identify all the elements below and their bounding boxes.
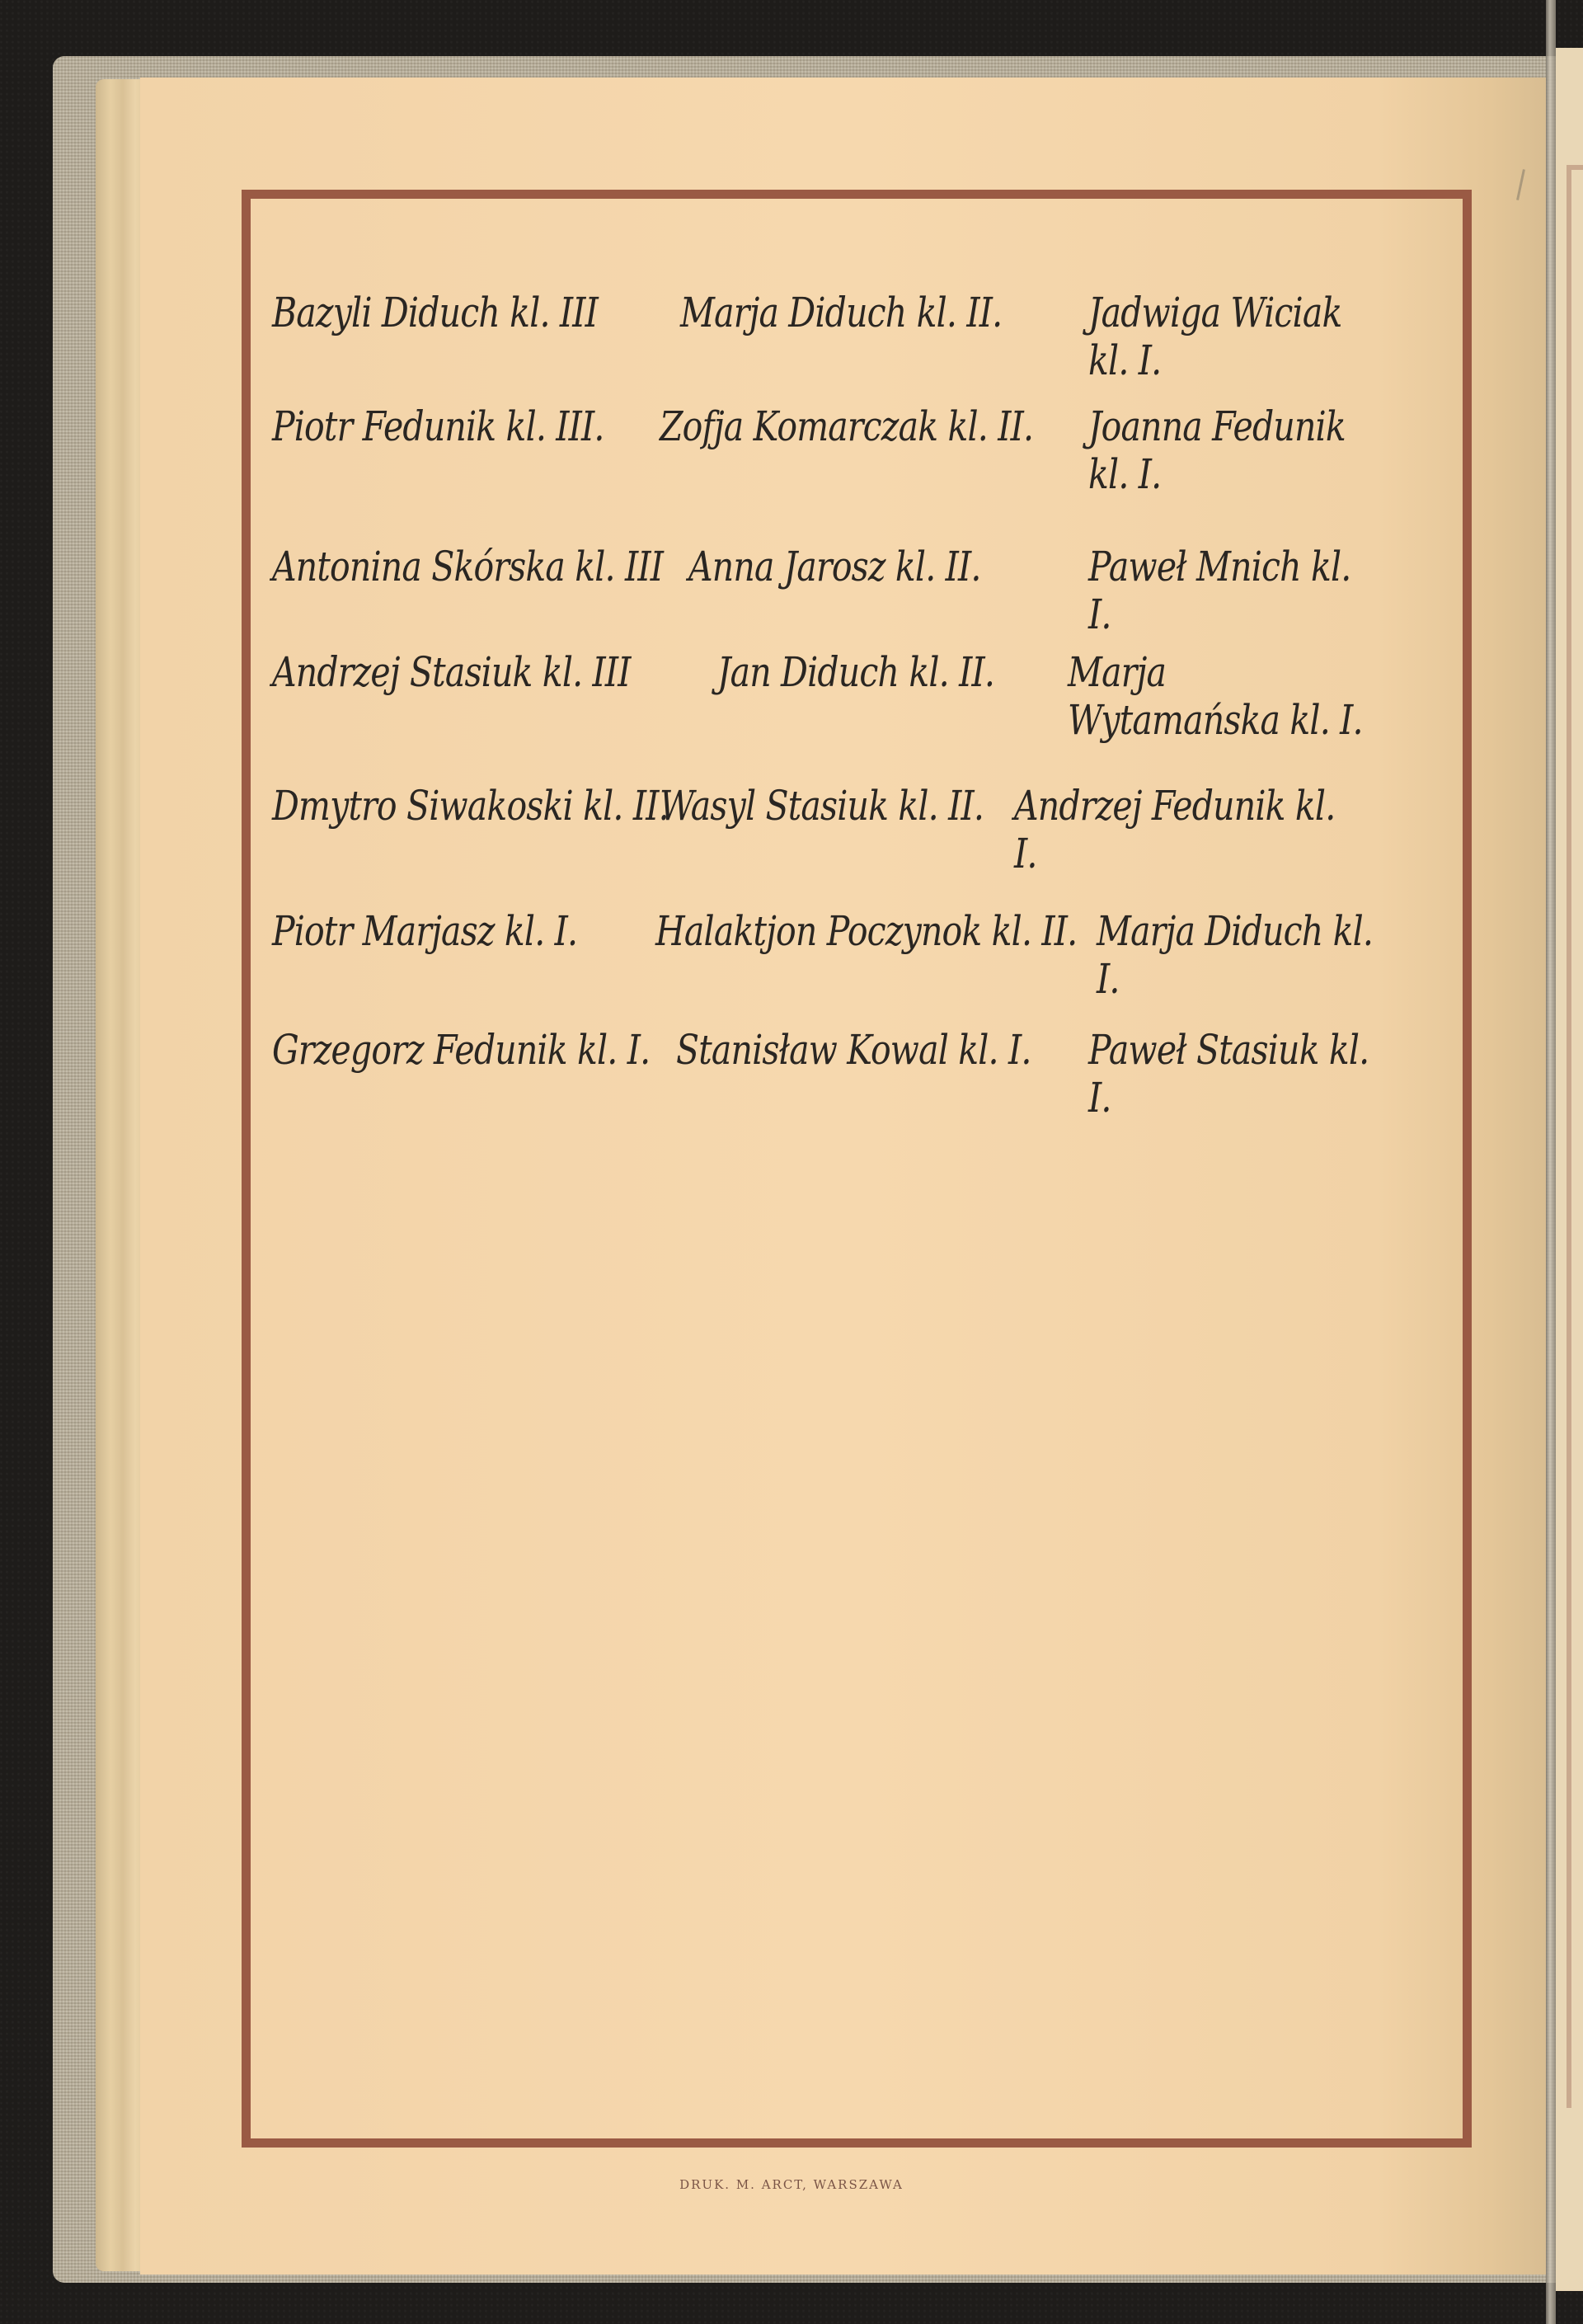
student-name: Andrzej Stasiuk xyxy=(272,648,533,696)
student-entry: Anna Jarosz kl. II. xyxy=(688,543,981,590)
student-entry: Marja Diduch kl. II. xyxy=(680,289,1002,336)
class-level: kl. II. xyxy=(947,402,1033,450)
student-entry: Marja Diduch kl. I. xyxy=(1097,907,1380,1003)
student-name: Paweł Stasiuk xyxy=(1088,1026,1319,1074)
adjacent-page-frame xyxy=(1567,165,1583,2108)
class-level: kl. I. xyxy=(1088,336,1161,384)
class-level: kl. III xyxy=(510,289,598,336)
student-name: Marja Diduch xyxy=(1097,907,1322,955)
student-name: Andrzej Fedunik xyxy=(1014,782,1285,830)
class-level: kl. II. xyxy=(909,648,994,696)
student-entry: Piotr Fedunik kl. III. xyxy=(272,402,604,450)
student-name: Anna Jarosz xyxy=(688,543,885,590)
class-level: kl. III xyxy=(543,648,631,696)
class-level: kl. II. xyxy=(898,782,984,830)
student-name: Jan Diduch xyxy=(717,648,899,696)
student-entry: Marja Wytamańska kl. I. xyxy=(1068,648,1375,744)
student-entry: Piotr Marjasz kl. I. xyxy=(272,907,577,955)
student-name: Piotr Marjasz xyxy=(272,907,495,955)
student-name: Jadwiga Wiciak xyxy=(1088,289,1341,336)
class-level: kl. II. xyxy=(895,543,981,590)
student-name: Zofja Komarczak xyxy=(660,402,937,450)
student-entry: Antonina Skórska kl. III xyxy=(272,543,663,590)
class-level: kl. I. xyxy=(958,1026,1031,1074)
student-entry: Paweł Mnich kl. I. xyxy=(1088,543,1379,638)
student-entry: Paweł Stasiuk kl. I. xyxy=(1088,1026,1379,1122)
class-level: kl. I. xyxy=(577,1026,650,1074)
student-entry: Bazyli Diduch kl. III xyxy=(272,289,598,336)
student-entry: Jadwiga Wiciak kl. I. xyxy=(1088,289,1379,384)
student-name: Dmytro Siwakoski xyxy=(272,782,573,830)
class-level: kl. II. xyxy=(583,782,669,830)
class-level: kl. I. xyxy=(1088,450,1161,498)
page-stack-edges xyxy=(96,79,145,2271)
student-entry: Jan Diduch kl. II. xyxy=(717,648,994,696)
student-entry: Joanna Fedunik kl. I. xyxy=(1088,402,1379,498)
student-entry: Dmytro Siwakoski kl. II. xyxy=(272,782,669,830)
student-name: Piotr Fedunik xyxy=(272,402,496,450)
student-name: Joanna Fedunik xyxy=(1088,402,1346,450)
student-name: Marja Diduch xyxy=(680,289,906,336)
student-entry: Halaktjon Poczynok kl. II. xyxy=(655,907,1077,955)
student-name: Halaktjon Poczynok xyxy=(655,907,981,955)
student-entry: Zofja Komarczak kl. II. xyxy=(660,402,1033,450)
student-name: Marja Wytamańska xyxy=(1068,648,1280,744)
student-entry: Wasyl Stasiuk kl. II. xyxy=(660,782,984,830)
book-gutter xyxy=(1546,0,1556,2324)
student-entry: Andrzej Stasiuk kl. III xyxy=(272,648,631,696)
class-level: kl. I. xyxy=(505,907,577,955)
student-entry: Grzegorz Fedunik kl. I. xyxy=(272,1026,650,1074)
student-name: Grzegorz Fedunik xyxy=(272,1026,567,1074)
student-name: Antonina Skórska xyxy=(272,543,565,590)
class-level: kl. III. xyxy=(506,402,604,450)
class-level: kl. II. xyxy=(992,907,1078,955)
student-name: Wasyl Stasiuk xyxy=(660,782,888,830)
student-name: Paweł Mnich xyxy=(1088,543,1301,590)
student-entry: Stanisław Kowal kl. I. xyxy=(676,1026,1031,1074)
printer-imprint: DRUK. M. ARCT, WARSZAWA xyxy=(0,2177,1583,2192)
class-level: kl. I. xyxy=(1289,696,1362,744)
class-level: kl. II. xyxy=(917,289,1003,336)
class-level: kl. III xyxy=(575,543,663,590)
student-name: Bazyli Diduch xyxy=(272,289,500,336)
student-name: Stanisław Kowal xyxy=(676,1026,948,1074)
student-entry: Andrzej Fedunik kl. I. xyxy=(1014,782,1365,877)
